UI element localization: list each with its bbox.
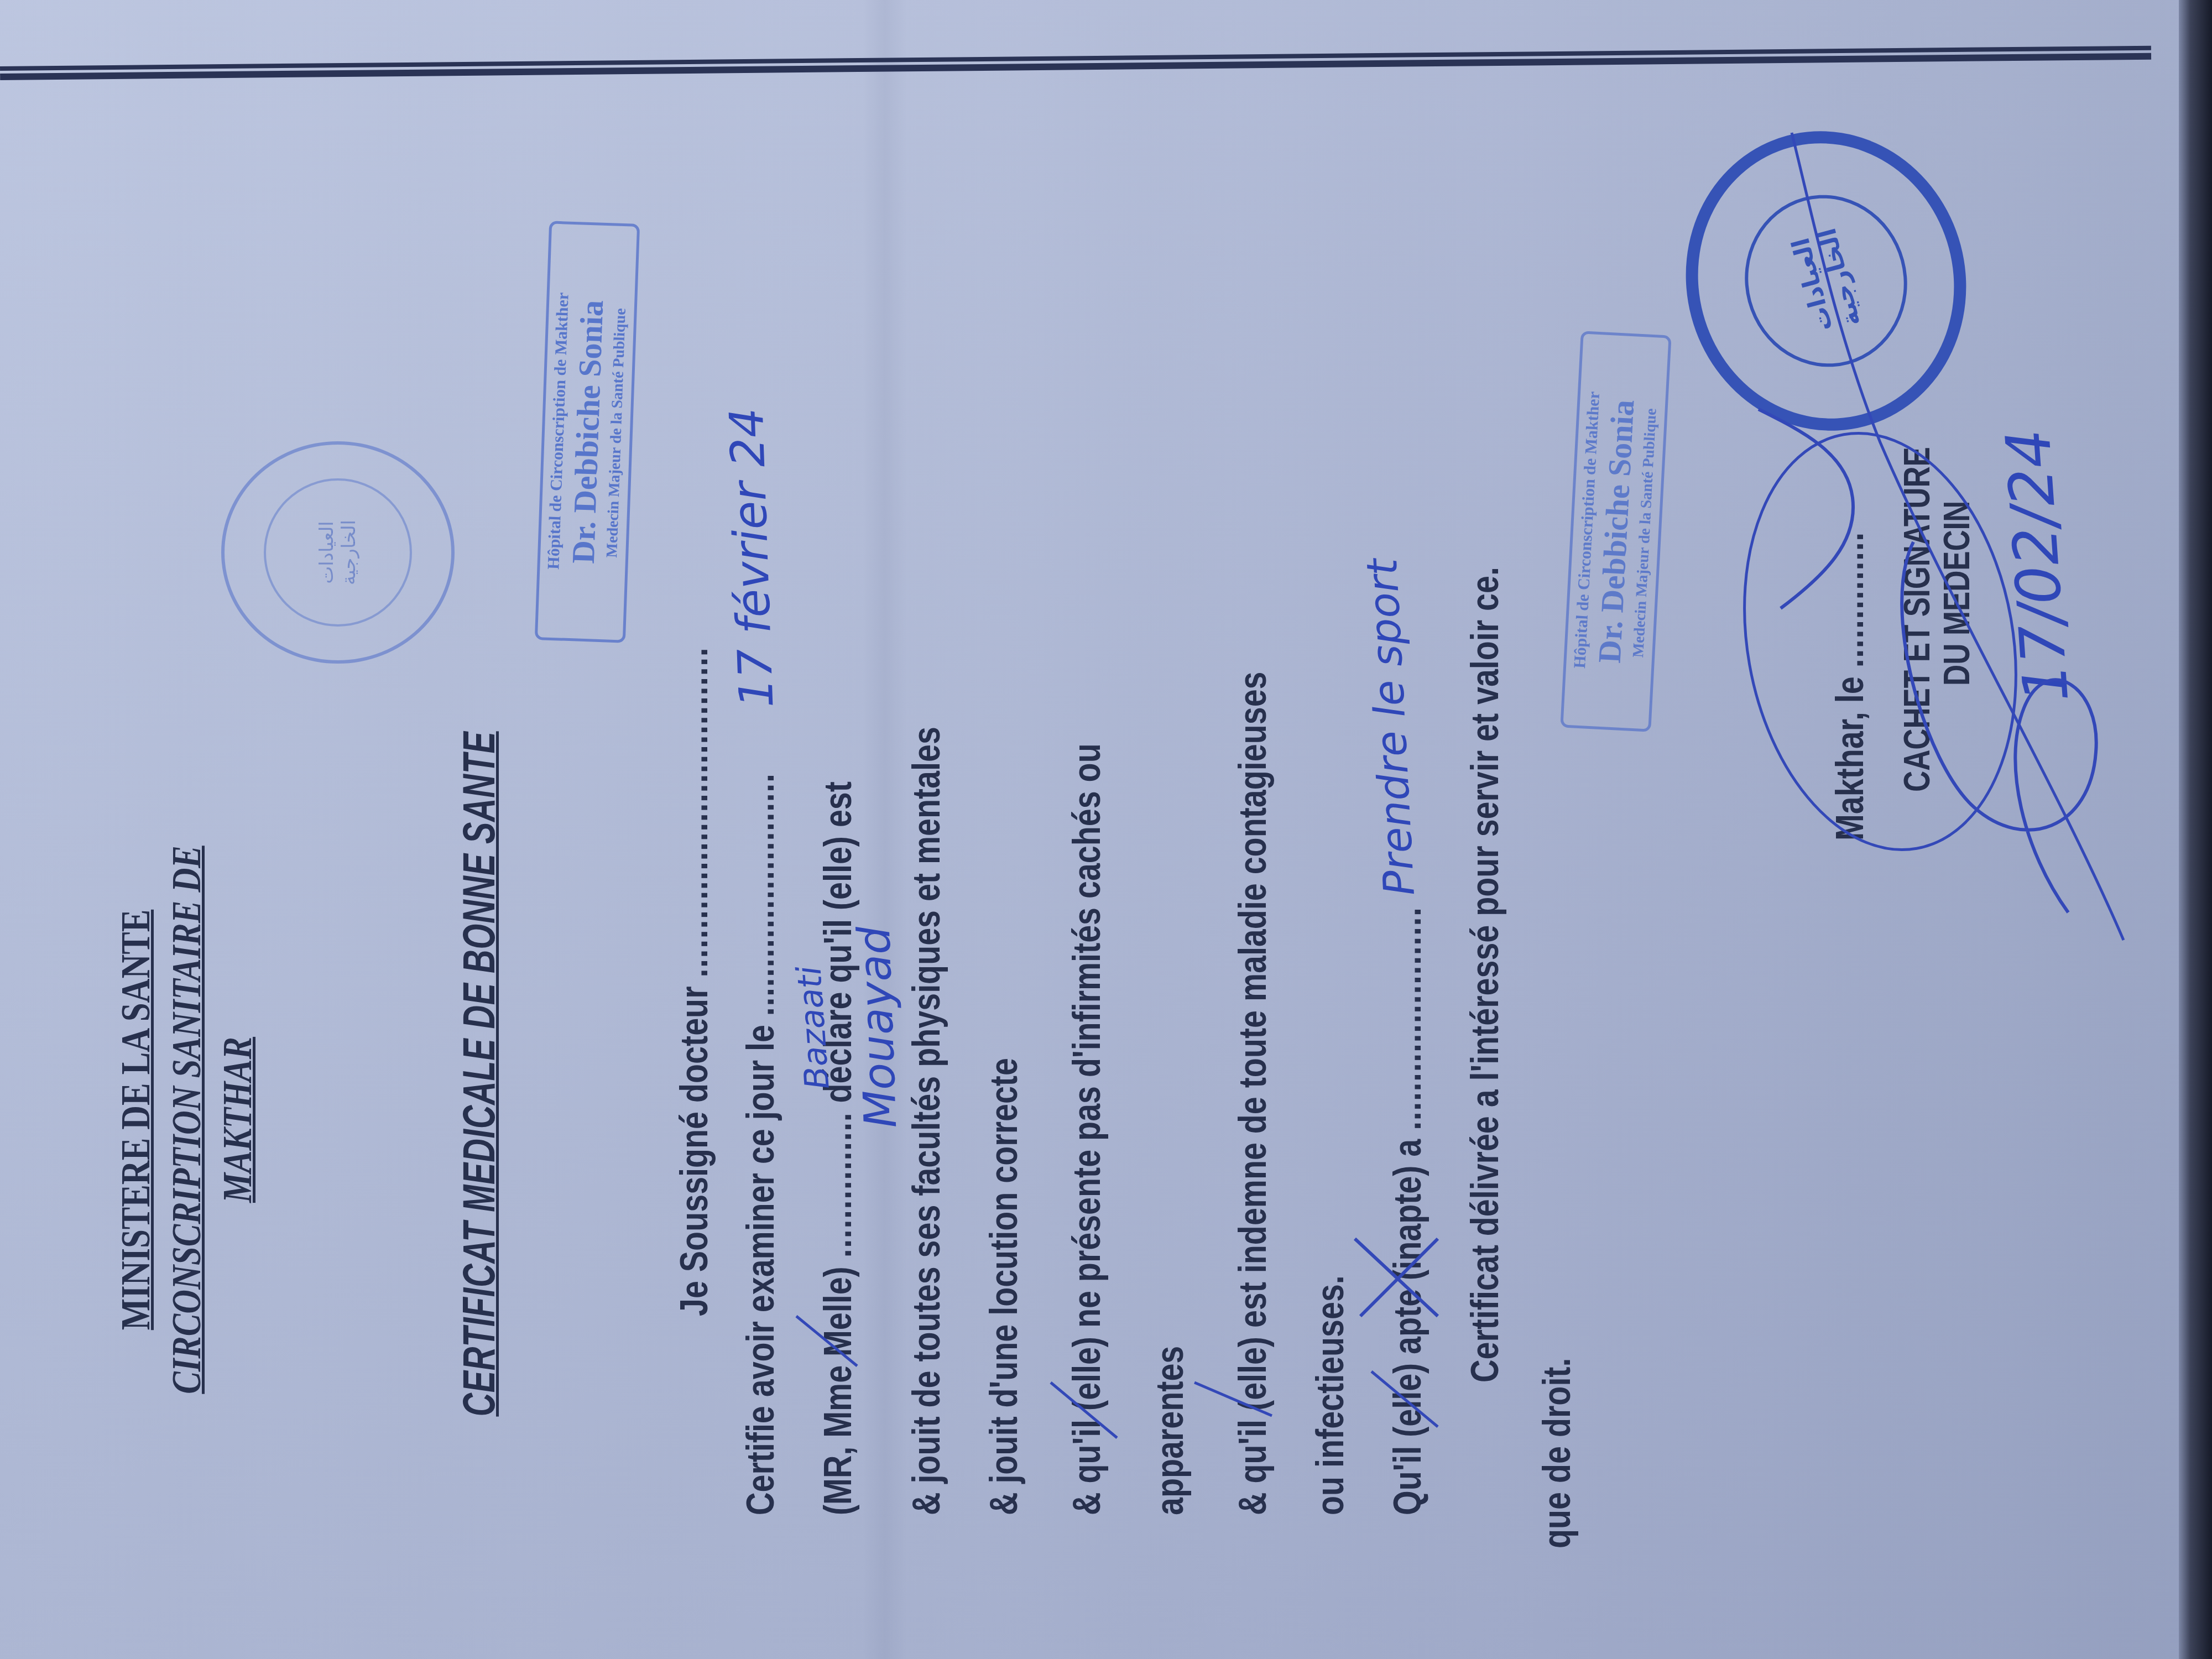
place-date-line: Makthar, le .............. bbox=[1830, 531, 1869, 841]
city-line: MAKTHAR bbox=[212, 814, 263, 1426]
handwritten-exam-date: 17 février 24 bbox=[719, 407, 784, 708]
exam-date-field: ......................... bbox=[739, 773, 782, 1016]
doctor-name-field: .................................. bbox=[672, 647, 716, 978]
handwritten-aptitude: Prendre le sport bbox=[1357, 557, 1424, 897]
line-locution: & jouit d'une locution correcte bbox=[984, 1058, 1023, 1515]
round-stamp-inner-text-1: العيادات bbox=[316, 521, 338, 583]
round-stamp-inner-text-2: الخارجية bbox=[338, 520, 360, 585]
cachet-line-2: DU MEDECIN bbox=[1937, 265, 1976, 885]
place-label: Makthar, le bbox=[1828, 676, 1871, 841]
doctor-stamp-top: Hôpital de Circonscription de Makther Dr… bbox=[535, 221, 640, 643]
circonscription-line: CIRCONSCRIPTION SANITAIRE DE bbox=[161, 814, 212, 1426]
aptitude-field: ....................... bbox=[1386, 906, 1429, 1130]
certificate-title: CERTIFICAT MEDICALE DE BONNE SANTE bbox=[453, 461, 505, 1604]
line-delivree: Certificat délivrée a l'intéressé pour s… bbox=[1465, 567, 1504, 1383]
line-apparentes: apparentes bbox=[1150, 1346, 1189, 1515]
soussigne-label: Je Soussigné docteur bbox=[672, 987, 716, 1316]
line-infectieuses: ou infectieuses. bbox=[1311, 1275, 1349, 1515]
line-infirmites: & qu'il (elle) ne présente pas d'infirmi… bbox=[1067, 743, 1106, 1515]
line-examine-date: Certifie avoir examiner ce jour le .....… bbox=[741, 773, 780, 1515]
ministry-header: MINISTERE DE LA SANTE CIRCONSCRIPTION SA… bbox=[111, 747, 263, 1493]
line-facultes: & jouit de toutes ses facultés physiques… bbox=[907, 727, 946, 1515]
patient-name-field: ............... bbox=[816, 1112, 859, 1258]
aptitude-label: Qu'il (elle) apte (inapte) a bbox=[1386, 1139, 1429, 1515]
doctor-stamp-bottom: Hôpital de Circonscription de Makther Dr… bbox=[1560, 331, 1671, 732]
civility-label: (MR, Mme Melle) bbox=[816, 1266, 859, 1515]
handwritten-signature-date: 17/02/24 bbox=[1992, 427, 2082, 705]
place-date-field: .............. bbox=[1828, 531, 1871, 667]
ministry-line: MINISTERE DE LA SANTE bbox=[111, 814, 161, 1426]
examine-label: Certifie avoir examiner ce jour le bbox=[739, 1025, 782, 1515]
line-indemne: & qu'il (elle) est indemne de toute mala… bbox=[1233, 671, 1272, 1515]
line-soussigne: Je Soussigné docteur ...................… bbox=[675, 647, 713, 1316]
cachet-signature-label: CACHET ET SIGNATURE DU MEDECIN bbox=[1897, 265, 1976, 885]
faint-round-stamp: العيادات الخارجية bbox=[221, 441, 455, 664]
certificate-page: MINISTERE DE LA SANTE CIRCONSCRIPTION SA… bbox=[0, 0, 2212, 1659]
line-patient-name: (MR, Mme Melle) ............... déclare … bbox=[818, 781, 857, 1515]
line-droit: que de droit. bbox=[1537, 1358, 1576, 1548]
cachet-line-1: CACHET ET SIGNATURE bbox=[1897, 265, 1937, 885]
line-aptitude: Qu'il (elle) apte (inapte) a ...........… bbox=[1388, 906, 1427, 1515]
handwritten-patient-firstname: Mouayad bbox=[848, 926, 907, 1129]
